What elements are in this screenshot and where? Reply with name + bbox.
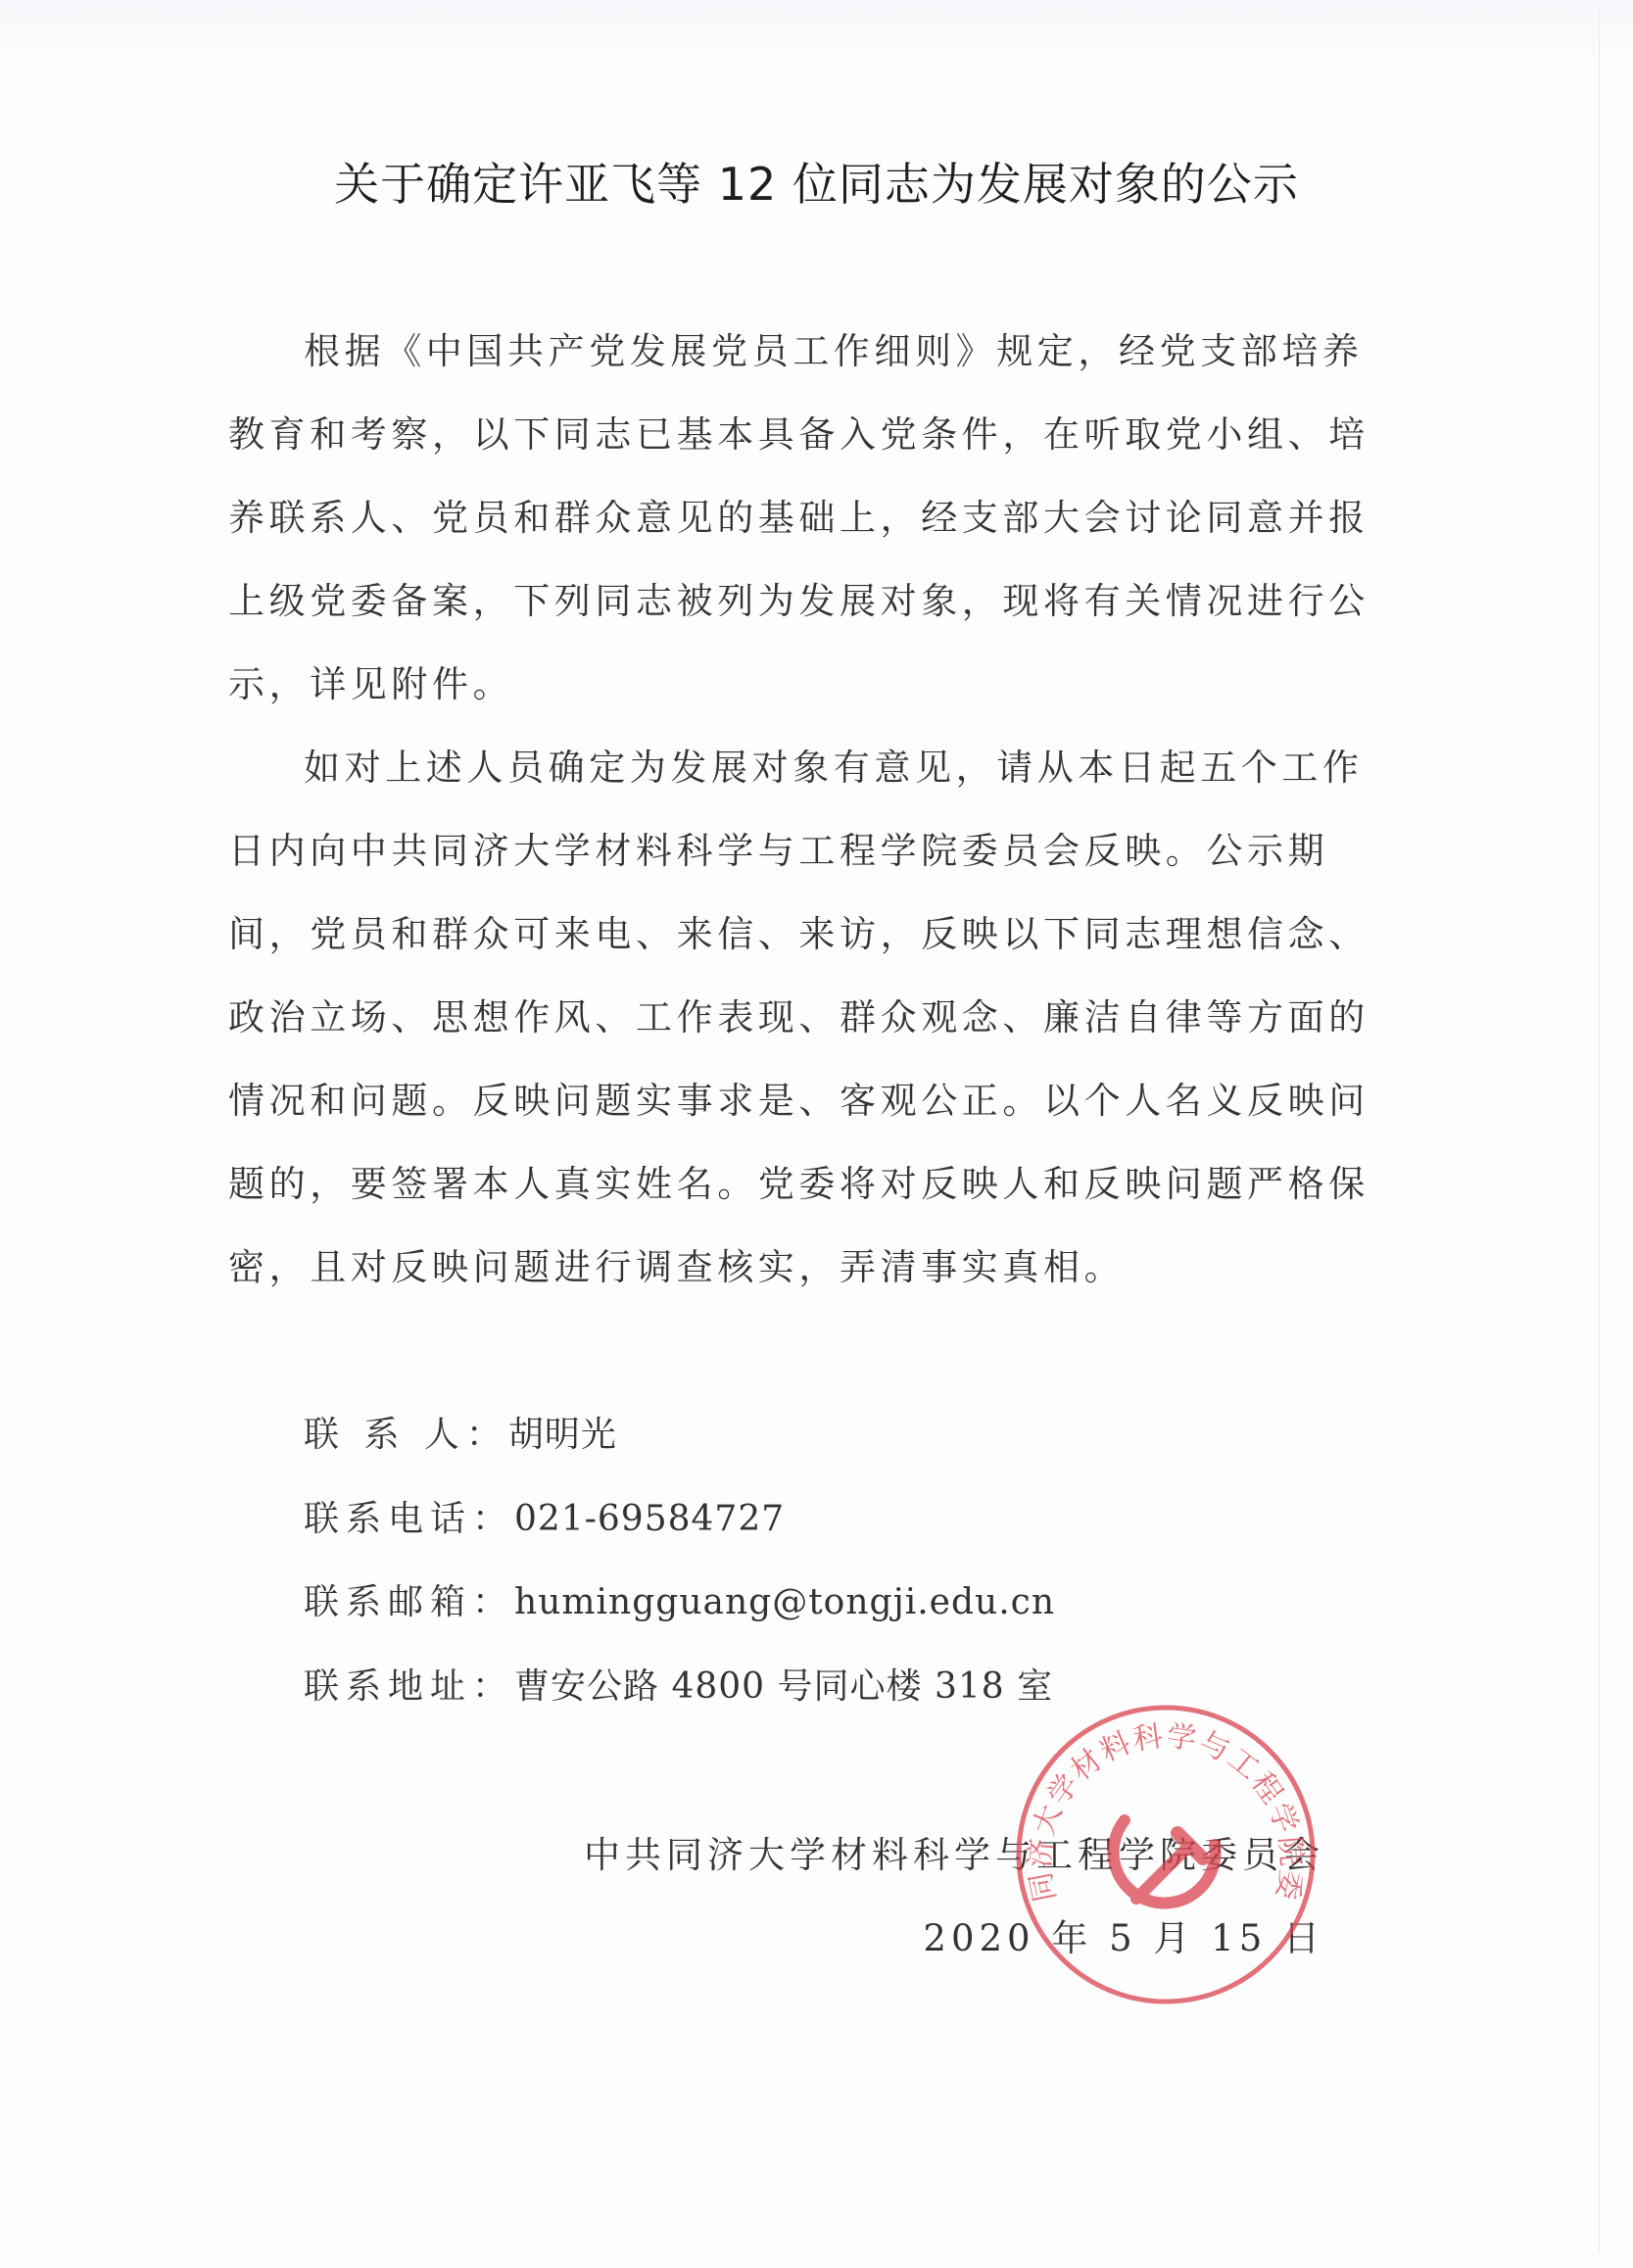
contact-value: humingguang@tongji.edu.cn [514,1582,1055,1622]
contact-label: 联 系 人： [304,1415,508,1455]
document-page: 关于确定许亚飞等 12 位同志为发展对象的公示 根据《中国共产党发展党员工作细则… [0,0,1633,2268]
contact-value: 021-69584727 [514,1499,785,1539]
contact-label: 联系邮箱： [304,1582,514,1622]
paragraph-line: 政治立场、思想作风、工作表现、群众观念、廉洁自律等方面的 [228,988,1384,1040]
paragraph-line: 根据《中国共产党发展党员工作细则》规定，经党支部培养 [304,321,1460,374]
contact-email: 联系邮箱：humingguang@tongji.edu.cn [304,1574,1055,1624]
paragraph-line: 示，详见附件。 [228,654,1384,707]
paragraph-line: 如对上述人员确定为发展对象有意见，请从本日起五个工作 [304,738,1460,791]
contact-person: 联 系 人：胡明光 [304,1407,617,1457]
hammer-sickle-icon [1114,1820,1216,1904]
contact-phone: 联系电话：021-69584727 [304,1491,785,1541]
paragraph-line: 情况和问题。反映问题实事求是、客观公正。以个人名义反映问 [228,1071,1384,1124]
contact-label: 联系地址： [304,1666,514,1707]
contact-address: 联系地址：曹安公路 4800 号同心楼 318 室 [304,1659,1053,1709]
contact-value: 胡明光 [508,1415,617,1455]
paragraph-line: 密，且对反映问题进行调查核实，弄清事实真相。 [228,1237,1384,1290]
official-seal-stamp: 中共同济大学材料科学与工程学院委员会 [1009,1698,1322,2011]
document-title: 关于确定许亚飞等 12 位同志为发展对象的公示 [0,149,1633,214]
paragraph-line: 养联系人、党员和群众意见的基础上，经支部大会讨论同意并报 [228,488,1384,541]
contact-value: 曹安公路 4800 号同心楼 318 室 [514,1666,1053,1707]
paragraph-line: 教育和考察，以下同志已基本具备入党条件，在听取党小组、培 [228,405,1384,458]
contact-label: 联系电话： [304,1499,514,1539]
scan-edge-divider [1599,10,1600,2253]
paragraph-line: 题的，要签署本人真实姓名。党委将对反映人和反映问题严格保 [228,1154,1384,1207]
paragraph-line: 上级党委备案，下列同志被列为发展对象，现将有关情况进行公 [228,571,1384,624]
paragraph-line: 间，党员和群众可来电、来信、来访，反映以下同志理想信念、 [228,904,1384,957]
paragraph-line: 日内向中共同济大学材料科学与工程学院委员会反映。公示期 [228,821,1384,874]
